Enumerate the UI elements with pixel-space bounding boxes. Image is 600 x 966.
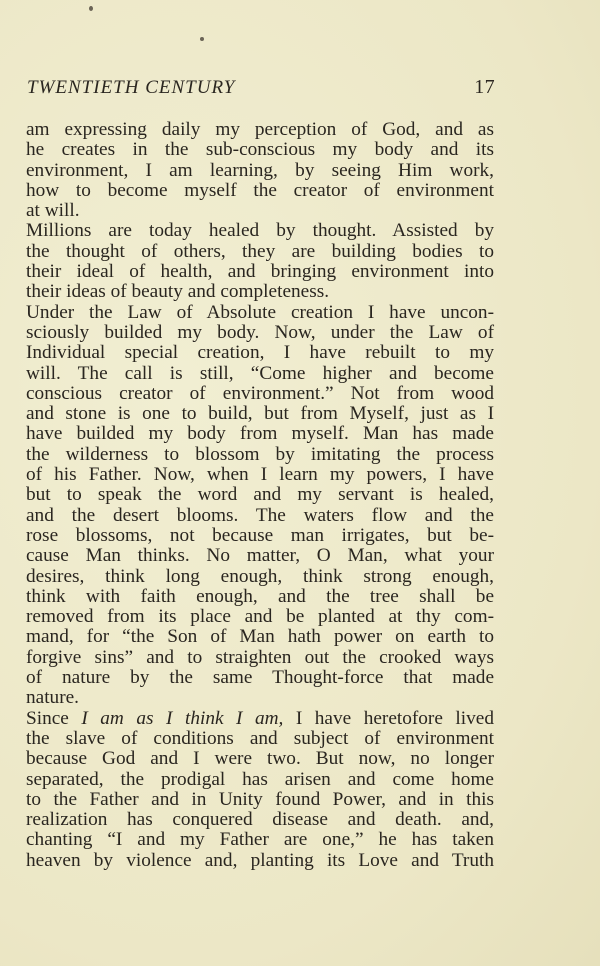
text-line: forgive sins” and to straighten out the … <box>26 648 494 668</box>
text-line: and the desert blooms. The waters flow a… <box>26 506 494 526</box>
text-line: but to speak the word and my servant is … <box>26 485 494 505</box>
text-line: cause Man thinks. No matter, O Man, what… <box>26 546 494 566</box>
text-line: environment, I am learning, by seeing Hi… <box>26 161 494 181</box>
text-line: their ideas of beauty and completeness. <box>26 282 494 302</box>
text-line: of nature by the same Thought-force that… <box>26 668 494 688</box>
text-line: have builded my body from myself. Man ha… <box>26 424 494 444</box>
text-line: how to become myself the creator of envi… <box>26 181 494 201</box>
text-line: the wilderness to blossom by imitating t… <box>26 445 494 465</box>
text-line: at will. <box>26 201 494 221</box>
text-line: the slave of conditions and subject of e… <box>26 729 494 749</box>
text-line: the thought of others, they are building… <box>26 242 494 262</box>
text-line: removed from its place and be planted at… <box>26 607 494 627</box>
text-line: Millions are today healed by thought. As… <box>26 221 494 241</box>
text-line: desires, think long enough, think strong… <box>26 567 494 587</box>
text-line: mand, for “the Son of Man hath power on … <box>26 627 494 647</box>
text-line: because God and I were two. But now, no … <box>26 749 494 769</box>
text-line: heaven by violence and, planting its Lov… <box>26 851 494 871</box>
text-line-mixed: Since I am as I think I am, I have heret… <box>26 709 494 729</box>
text-line: and stone is one to build, but from Myse… <box>26 404 494 424</box>
running-header: TWENTIETH CENTURY 17 <box>27 76 495 99</box>
page-body: am expressing daily my perception of God… <box>26 120 494 871</box>
text-line: realization has conquered disease and de… <box>26 810 494 830</box>
italic-phrase: I am as I think I am, <box>81 708 283 729</box>
text-line: rose blossoms, not because man irrigates… <box>26 526 494 546</box>
text-line: Individual special creation, I have rebu… <box>26 343 494 363</box>
text-line: he creates in the sub-conscious my body … <box>26 140 494 160</box>
text-line: Under the Law of Absolute creation I hav… <box>26 303 494 323</box>
text-line: their ideal of health, and bringing envi… <box>26 262 494 282</box>
text-line: am expressing daily my perception of God… <box>26 120 494 140</box>
text-line: separated, the prodigal has arisen and c… <box>26 770 494 790</box>
text-line: nature. <box>26 688 494 708</box>
text-line: to the Father and in Unity found Power, … <box>26 790 494 810</box>
text-line: think with faith enough, and the tree sh… <box>26 587 494 607</box>
paper-speck <box>200 37 204 41</box>
text-line: conscious creator of environment.” Not f… <box>26 384 494 404</box>
running-title: TWENTIETH CENTURY <box>27 77 235 99</box>
page-number: 17 <box>474 76 495 99</box>
text-line: chanting “I and my Father are one,” he h… <box>26 830 494 850</box>
text-line: will. The call is still, “Come higher an… <box>26 364 494 384</box>
text-line: of his Father. Now, when I learn my powe… <box>26 465 494 485</box>
paper-speck <box>89 6 93 11</box>
text-line: sciously builded my body. Now, under the… <box>26 323 494 343</box>
